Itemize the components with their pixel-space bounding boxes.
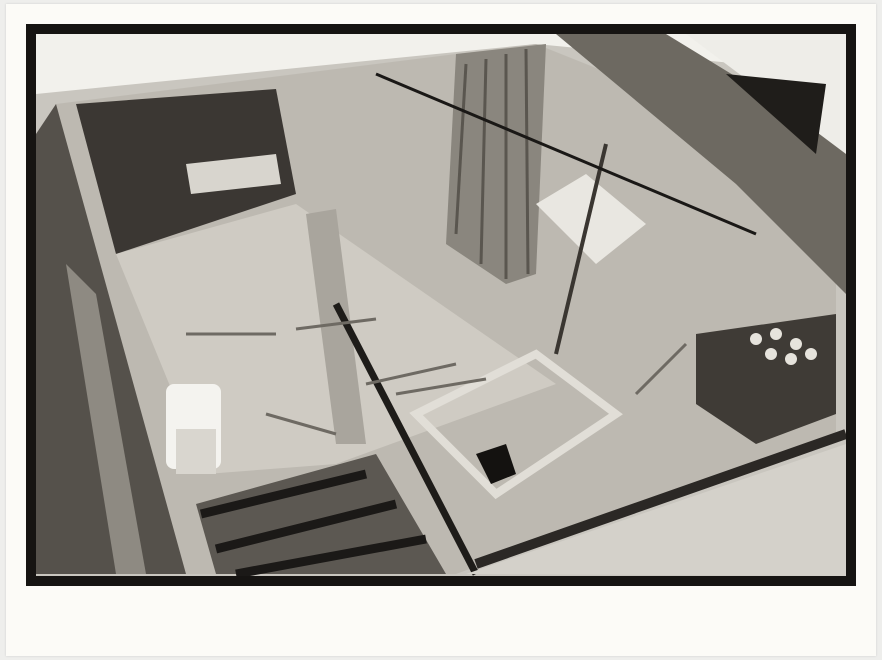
photo-print <box>6 4 876 656</box>
photo-black-border <box>26 24 856 586</box>
photograph <box>36 34 846 576</box>
